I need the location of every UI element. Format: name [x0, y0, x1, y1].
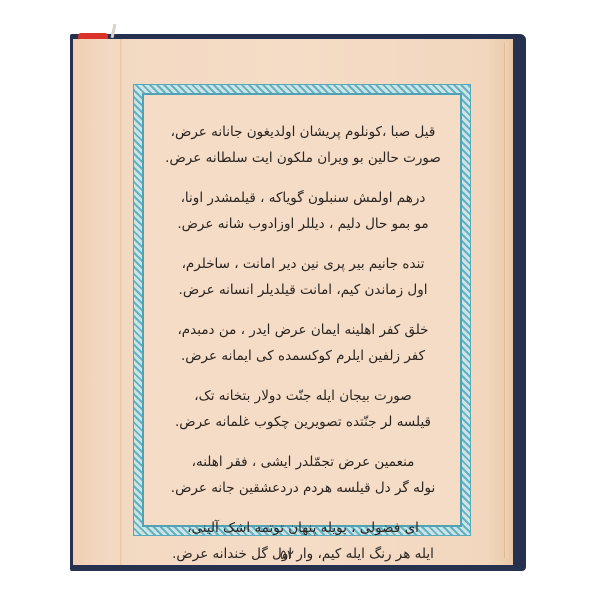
- verse-line: نوله گر دل قیلسه هردم دردعشقین جانه عرض.: [164, 475, 442, 501]
- couplet-1: قیل صبا ،کونلوم پریشان اولدیغون جانانه ع…: [164, 119, 442, 171]
- couplet-6: منعمین عرض تجمّلدر ایشی ، فقر اهلنه، نول…: [164, 449, 442, 501]
- verse-line: منعمین عرض تجمّلدر ایشی ، فقر اهلنه،: [164, 449, 442, 475]
- verse-line: تنده جانیم بیر پری نین دیر امانت ، ساخلر…: [164, 251, 442, 277]
- verse-line: قیل صبا ،کونلوم پریشان اولدیغون جانانه ع…: [164, 119, 442, 145]
- verse-line: اول زماندن کیم، امانت قیلدیلر انسانه عرض…: [164, 277, 442, 303]
- couplet-5: صورت بیجان ایله جنّت دولار بتخانه تک، قی…: [164, 383, 442, 435]
- verse-line: کفر زلفین ایلرم کوکسمده کی ایمانه عرض.: [164, 343, 442, 369]
- couplet-4: خلق کفر اهلینه ایمان عرض ایدر ، من دمبدم…: [164, 317, 442, 369]
- verse-line: قیلسه لر جنّتده تصویرین چکوب غلمانه عرض.: [164, 409, 442, 435]
- page-gutter: [120, 39, 122, 565]
- verse-line: صورت بیجان ایله جنّت دولار بتخانه تک،: [164, 383, 442, 409]
- page-edge: [504, 43, 513, 558]
- verse-line: مو بمو حال دلیم ، دیللر اوزادوب شانه عرض…: [164, 211, 442, 237]
- couplet-2: درهم اولمش سنبلون گویاکه ، قیلمشدر اونا،…: [164, 185, 442, 237]
- border-inner-rule: قیل صبا ،کونلوم پریشان اولدیغون جانانه ع…: [142, 93, 462, 527]
- couplet-3: تنده جانیم بیر پری نین دیر امانت ، ساخلر…: [164, 251, 442, 303]
- verse-line: صورت حالین بو ویران ملکون ایت سلطانه عرض…: [164, 145, 442, 171]
- verse-line: ای فضولی ، بویله پنهان توتمه اشک آلینی،: [164, 515, 442, 541]
- ornamental-border: قیل صبا ،کونلوم پریشان اولدیغون جانانه ع…: [133, 84, 471, 536]
- verse-line: خلق کفر اهلینه ایمان عرض ایدر ، من دمبدم…: [164, 317, 442, 343]
- verse-line: درهم اولمش سنبلون گویاکه ، قیلمشدر اونا،: [164, 185, 442, 211]
- page-number: ۵۲: [67, 548, 507, 563]
- poem-text: قیل صبا ،کونلوم پریشان اولدیغون جانانه ع…: [164, 119, 442, 581]
- book-page: قیل صبا ،کونلوم پریشان اولدیغون جانانه ع…: [73, 39, 513, 565]
